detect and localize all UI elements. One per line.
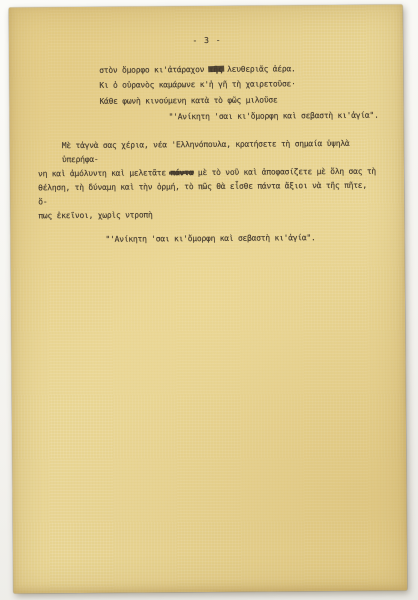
paragraph-line-1: Μὲ τἀγνὰ σας χέρια, νέα 'Ελληνόπουλα, κρ… <box>38 136 380 167</box>
stanza-line-1-post: λευθεριᾶς ἀέρα. <box>222 64 295 74</box>
typewritten-content: - 3 - στὸν ὄμορφο κι'ἀτάραχον τῆς λευθερ… <box>35 5 381 248</box>
page-number: - 3 - <box>35 32 379 50</box>
paragraph-line-3: θέληση, τὴ δύναμη καὶ τὴν ὁρμή, τὸ πῶς θ… <box>38 178 380 209</box>
closing-quote-line: "'Ανίκητη 'σαι κι'ὄμορφη καὶ σεβαστὴ κι'… <box>105 229 380 247</box>
stanza-line-1-struck-word: τῆς <box>209 64 223 73</box>
stanza-line-3: Κάθε φωνὴ κινούμενη κατὰ τὸ φῶς μιλοῦσε <box>99 91 379 109</box>
stanza-quote-line: "'Ανίκητη 'σαι κι'ὄμορφη καὶ σεβαστὴ κι'… <box>169 108 380 125</box>
paragraph-line-2-post: μὲ τὸ νοῦ καὶ ἀποφασίζετε μὲ ὅλη σας τὴ <box>193 166 376 176</box>
stanza-block: στὸν ὄμορφο κι'ἀτάραχον τῆς λευθεριᾶς ἀέ… <box>99 60 379 125</box>
paper-sheet: - 3 - στὸν ὄμορφο κι'ἀτάραχον τῆς λευθερ… <box>9 4 408 593</box>
paragraph-line-2-struck-word: πάντα <box>170 168 193 177</box>
paragraph-block: Μὲ τἀγνὰ σας χέρια, νέα 'Ελληνόπουλα, κρ… <box>38 136 381 223</box>
scanned-document: - 3 - στὸν ὄμορφο κι'ἀτάραχον τῆς λευθερ… <box>0 0 418 600</box>
paragraph-line-4: πως ἐκεῖνοι, χωρὶς ντροπὴ <box>38 206 380 223</box>
paragraph-line-2-pre: νη καὶ ἀμόλυντη καὶ μελετᾶτε <box>38 168 171 178</box>
stanza-line-1-pre: στὸν ὄμορφο κι'ἀτάραχον <box>99 64 209 74</box>
